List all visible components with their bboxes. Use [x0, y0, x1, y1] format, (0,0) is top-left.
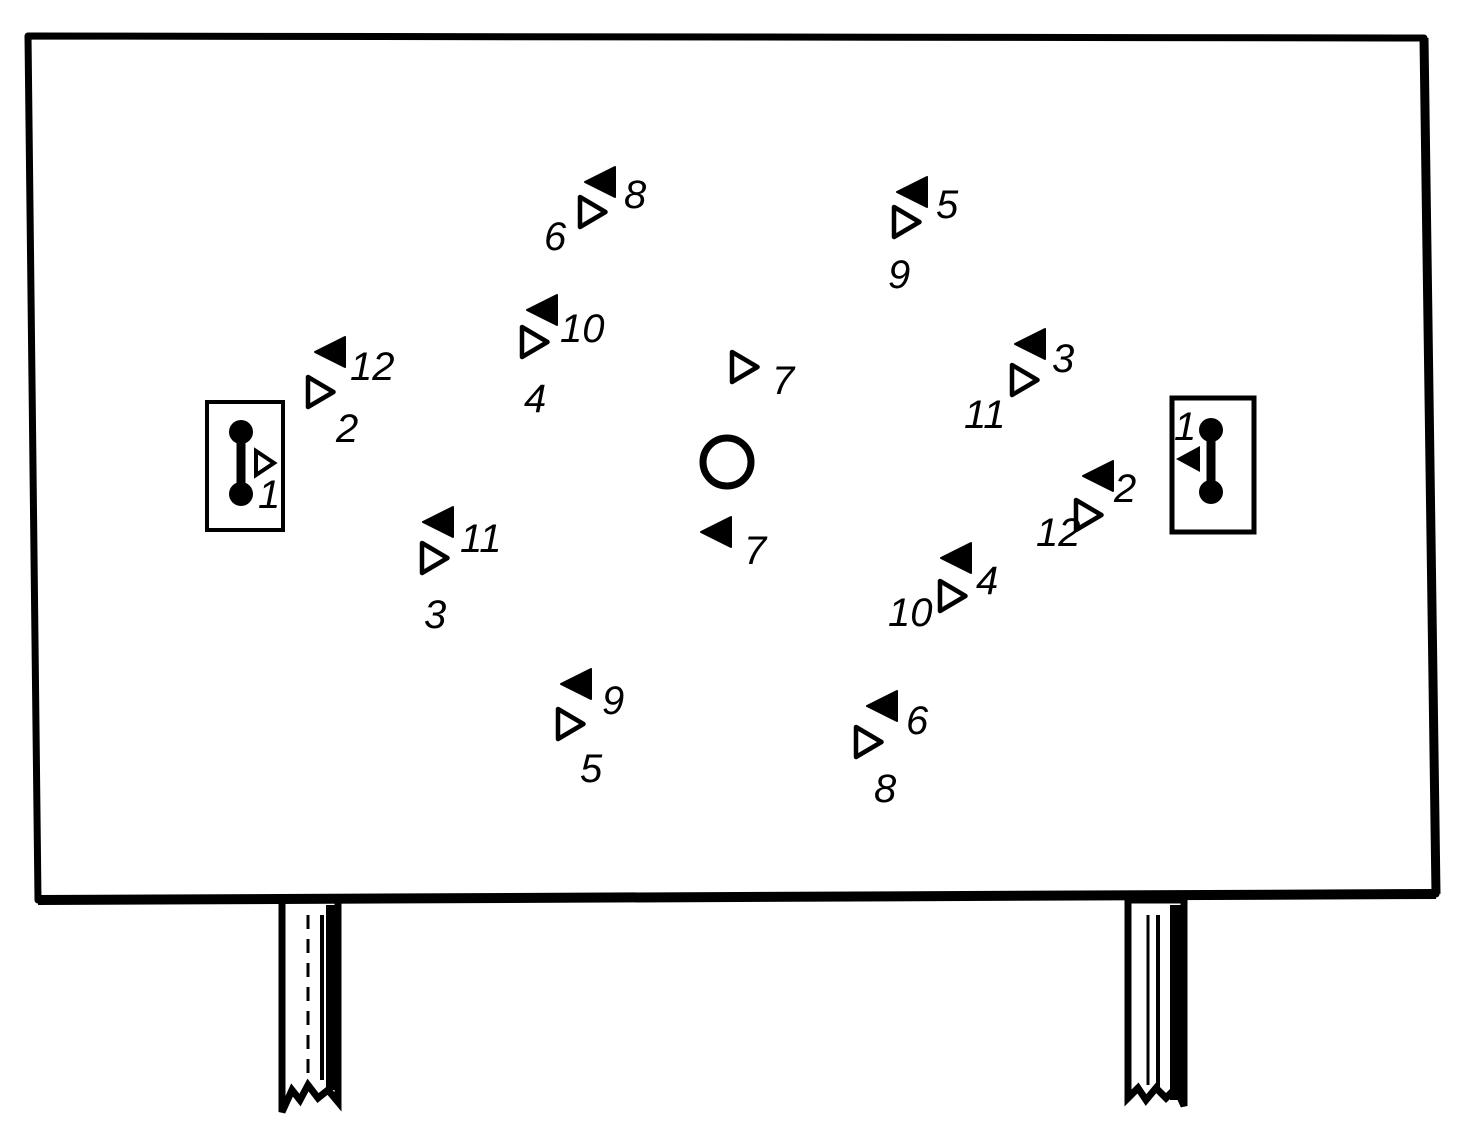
- switch-label: 1: [258, 473, 280, 517]
- marker-label: 12: [350, 345, 395, 389]
- switch-label: 1: [1174, 405, 1196, 449]
- marker-label: 8: [874, 767, 897, 811]
- marker-label: 9: [602, 679, 624, 723]
- marker-label: 2: [335, 407, 358, 451]
- right-switch-box[interactable]: 1: [1172, 398, 1254, 532]
- marker-label: 9: [888, 253, 910, 297]
- marker-label: 3: [1052, 337, 1074, 381]
- marker-label: 5: [936, 183, 959, 227]
- marker-label: 6: [544, 215, 567, 259]
- marker-label: 11: [460, 517, 502, 561]
- marker-label: 2: [1113, 467, 1136, 511]
- left-post: [282, 900, 338, 1112]
- marker-label: 3: [424, 593, 446, 637]
- board-diagram: 1 1 1221048659311212771139541068: [0, 0, 1460, 1136]
- center-circle[interactable]: [703, 438, 751, 486]
- marker-label: 11: [964, 393, 1006, 437]
- marker-label: 4: [524, 377, 546, 421]
- right-post: [1128, 900, 1184, 1106]
- marker-label: 10: [560, 307, 605, 351]
- marker-label: 8: [624, 173, 647, 217]
- left-switch-box[interactable]: 1: [207, 402, 283, 530]
- marker-label: 7: [744, 529, 768, 573]
- marker-label: 12: [1036, 511, 1081, 555]
- marker-label: 10: [888, 591, 933, 635]
- marker-label: 5: [580, 747, 603, 791]
- marker-label: 7: [772, 359, 796, 403]
- marker-label: 4: [976, 559, 998, 603]
- marker-label: 6: [906, 699, 929, 743]
